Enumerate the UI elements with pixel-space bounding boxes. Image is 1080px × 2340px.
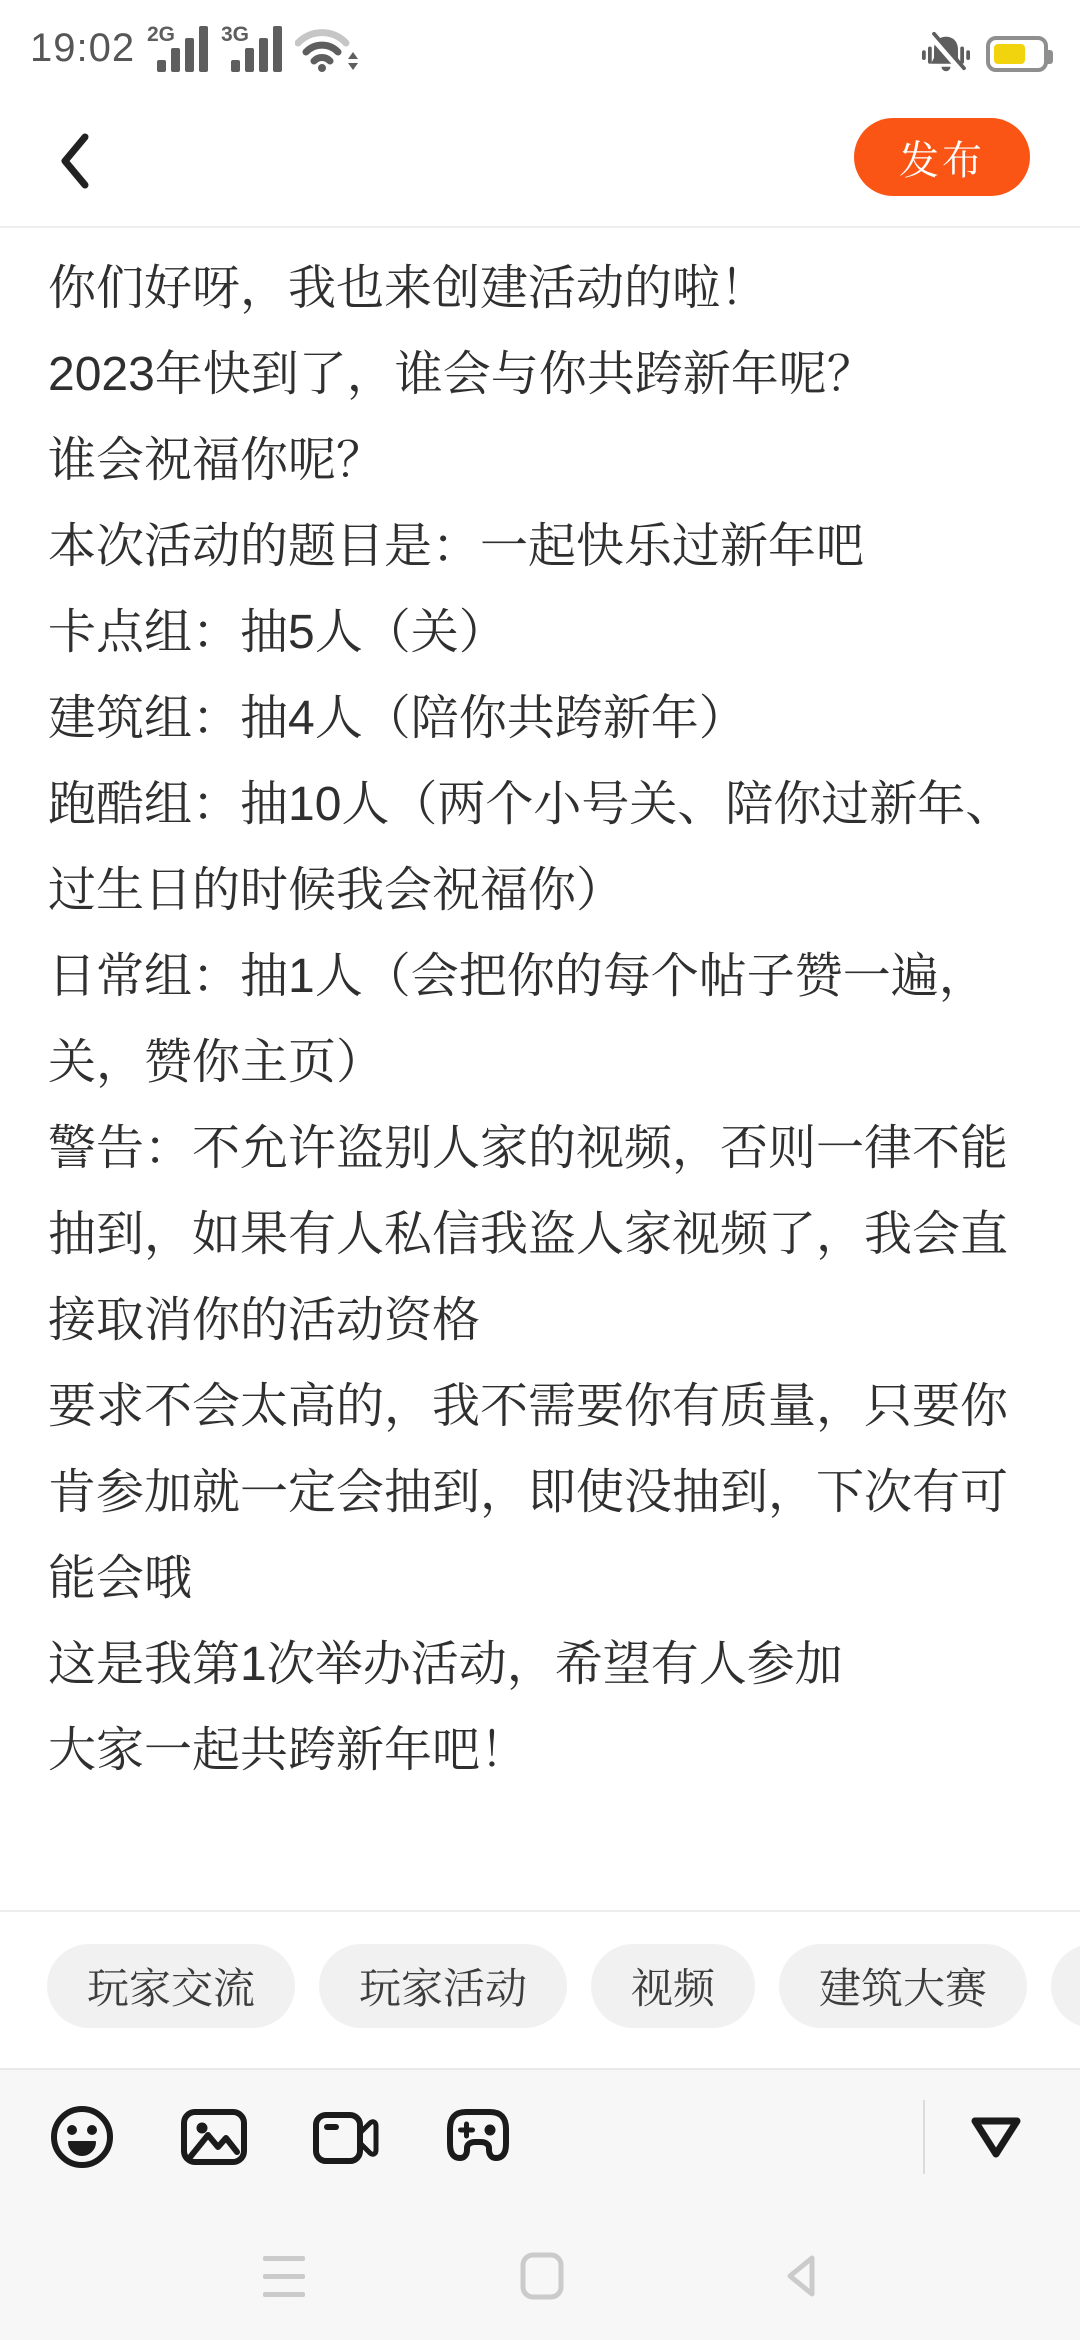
emoji-icon[interactable] [47, 2102, 117, 2172]
editor-line: 接取消你的活动资格 [48, 1272, 1032, 1358]
tag-chip-video[interactable]: 视频 [591, 1944, 755, 2028]
game-controller-icon[interactable] [443, 2102, 513, 2172]
svg-text:3G: 3G [221, 24, 249, 46]
system-back-icon[interactable] [780, 2252, 824, 2300]
editor-line: 跑酷组：抽10人（两个小号关、陪你过新年、 [48, 756, 1032, 842]
toolbar-divider [923, 2100, 925, 2174]
battery-fill [994, 44, 1025, 64]
battery-nub [1047, 50, 1053, 64]
android-nav-bar [0, 2248, 1080, 2308]
status-right-group [922, 32, 1048, 76]
signal-2g-icon: 2G [147, 24, 211, 72]
editor-line: 要求不会太高的，我不需要你有质量，只要你 [48, 1358, 1032, 1444]
screen: 19:02 2G 3G [0, 0, 1080, 2340]
home-icon[interactable] [520, 2252, 564, 2300]
recents-menu-icon[interactable] [263, 2256, 305, 2297]
image-icon[interactable] [179, 2102, 249, 2172]
tag-chip-player-chat[interactable]: 玩家交流 [47, 1944, 295, 2028]
editor-line: 大家一起共跨新年吧！ [48, 1702, 1032, 1788]
tags-row: 玩家交流 玩家活动 视频 建筑大赛 [47, 1944, 1080, 2028]
editor-line: 能会哦 [48, 1530, 1032, 1616]
publish-button[interactable]: 发布 [854, 118, 1030, 196]
tag-chip-building-contest[interactable]: 建筑大赛 [779, 1944, 1027, 2028]
editor-line: 这是我第1次举办活动，希望有人参加 [48, 1616, 1032, 1702]
editor-line: 建筑组：抽4人（陪你共跨新年） [48, 670, 1032, 756]
editor-line: 警告：不允许盗别人家的视频，否则一律不能 [48, 1100, 1032, 1186]
editor-line: 关，赞你主页） [48, 1014, 1032, 1100]
nav-bar: 发布 [0, 96, 1080, 228]
editor-line: 你们好呀，我也来创建活动的啦！ [48, 240, 1032, 326]
editor-line: 谁会祝福你呢？ [48, 412, 1032, 498]
battery-icon [986, 36, 1048, 72]
editor-line: 卡点组：抽5人（关） [48, 584, 1032, 670]
tag-chip-partial[interactable] [1051, 1944, 1080, 2028]
toolbar-icon-group [47, 2102, 513, 2172]
back-icon[interactable] [56, 130, 92, 192]
video-camera-icon[interactable] [311, 2102, 381, 2172]
editor-line: 过生日的时候我会祝福你） [48, 842, 1032, 928]
tag-chip-player-activity[interactable]: 玩家活动 [319, 1944, 567, 2028]
editor-line: 2023年快到了，谁会与你共跨新年呢？ [48, 326, 1032, 412]
wifi-icon [295, 24, 359, 72]
clock: 19:02 [30, 24, 135, 72]
editor-line: 本次活动的题目是：一起快乐过新年吧 [48, 498, 1032, 584]
status-bar: 19:02 2G 3G [0, 0, 1080, 96]
status-left-group: 19:02 2G 3G [30, 24, 369, 72]
collapse-triangle-icon[interactable] [967, 2114, 1025, 2162]
post-body-editor[interactable]: 你们好呀，我也来创建活动的啦！ 2023年快到了，谁会与你共跨新年呢？ 谁会祝福… [48, 240, 1032, 1788]
signal-3g-icon: 3G [221, 24, 285, 72]
svg-text:2G: 2G [147, 24, 175, 46]
mute-bell-icon [922, 32, 970, 76]
editor-line: 日常组：抽1人（会把你的每个帖子赞一遍， [48, 928, 1032, 1014]
editor-line: 抽到，如果有人私信我盗人家视频了，我会直 [48, 1186, 1032, 1272]
editor-line: 肯参加就一定会抽到，即使没抽到，下次有可 [48, 1444, 1032, 1530]
tags-strip: 玩家交流 玩家活动 视频 建筑大赛 [0, 1910, 1080, 2068]
